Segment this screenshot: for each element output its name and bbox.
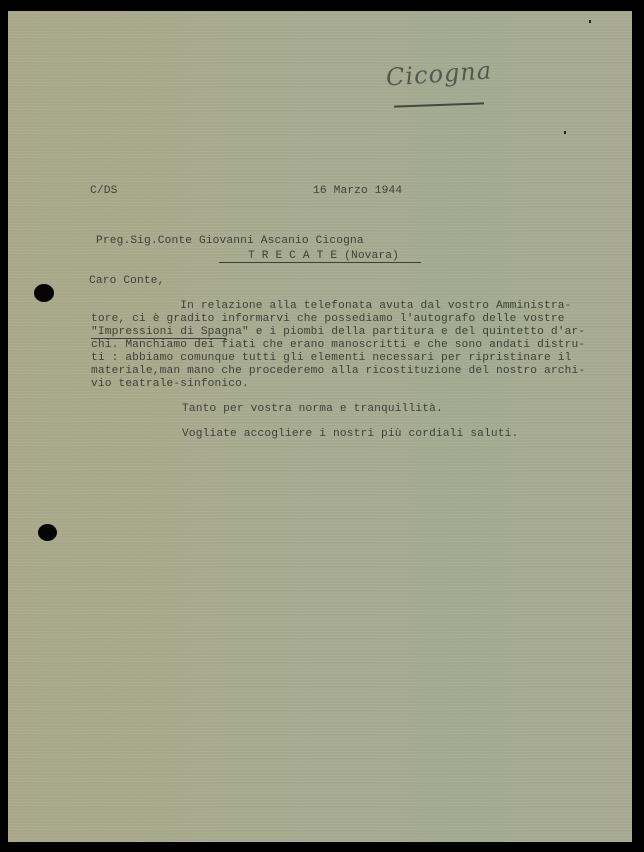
closing-line: Tanto per vostra norma e tranquillità. xyxy=(182,403,443,415)
reference-code: C/DS xyxy=(90,185,117,197)
body-line: vio teatrale-sinfonico. xyxy=(91,378,249,390)
body-line: In relazione alla telefonata avuta dal v… xyxy=(91,300,571,312)
body-line: chi. Manchiamo dei fiati che erano manos… xyxy=(91,339,585,351)
letter-page xyxy=(8,11,632,842)
letter-date: 16 Marzo 1944 xyxy=(313,185,402,197)
recipient-name: Preg.Sig.Conte Giovanni Ascanio Cicogna xyxy=(96,235,364,247)
paper-speck xyxy=(589,20,591,23)
body-line: materiale,man mano che procederemo alla … xyxy=(91,365,585,377)
punch-hole xyxy=(34,284,54,302)
body-line: tore, ci è gradito informarvi che possed… xyxy=(91,313,565,325)
salutation: Caro Conte, xyxy=(89,275,165,287)
closing-greeting: Vogliate accogliere i nostri più cordial… xyxy=(182,428,518,440)
recipient-underline xyxy=(219,262,421,263)
paper-speck xyxy=(564,131,566,134)
body-line: "Impressioni di Spagna" e i piombi della… xyxy=(91,326,585,338)
punch-hole xyxy=(38,524,57,541)
body-line: ti : abbiamo comunque tutti gli elementi… xyxy=(91,352,571,364)
recipient-city: T R E C A T E (Novara) xyxy=(248,250,399,262)
